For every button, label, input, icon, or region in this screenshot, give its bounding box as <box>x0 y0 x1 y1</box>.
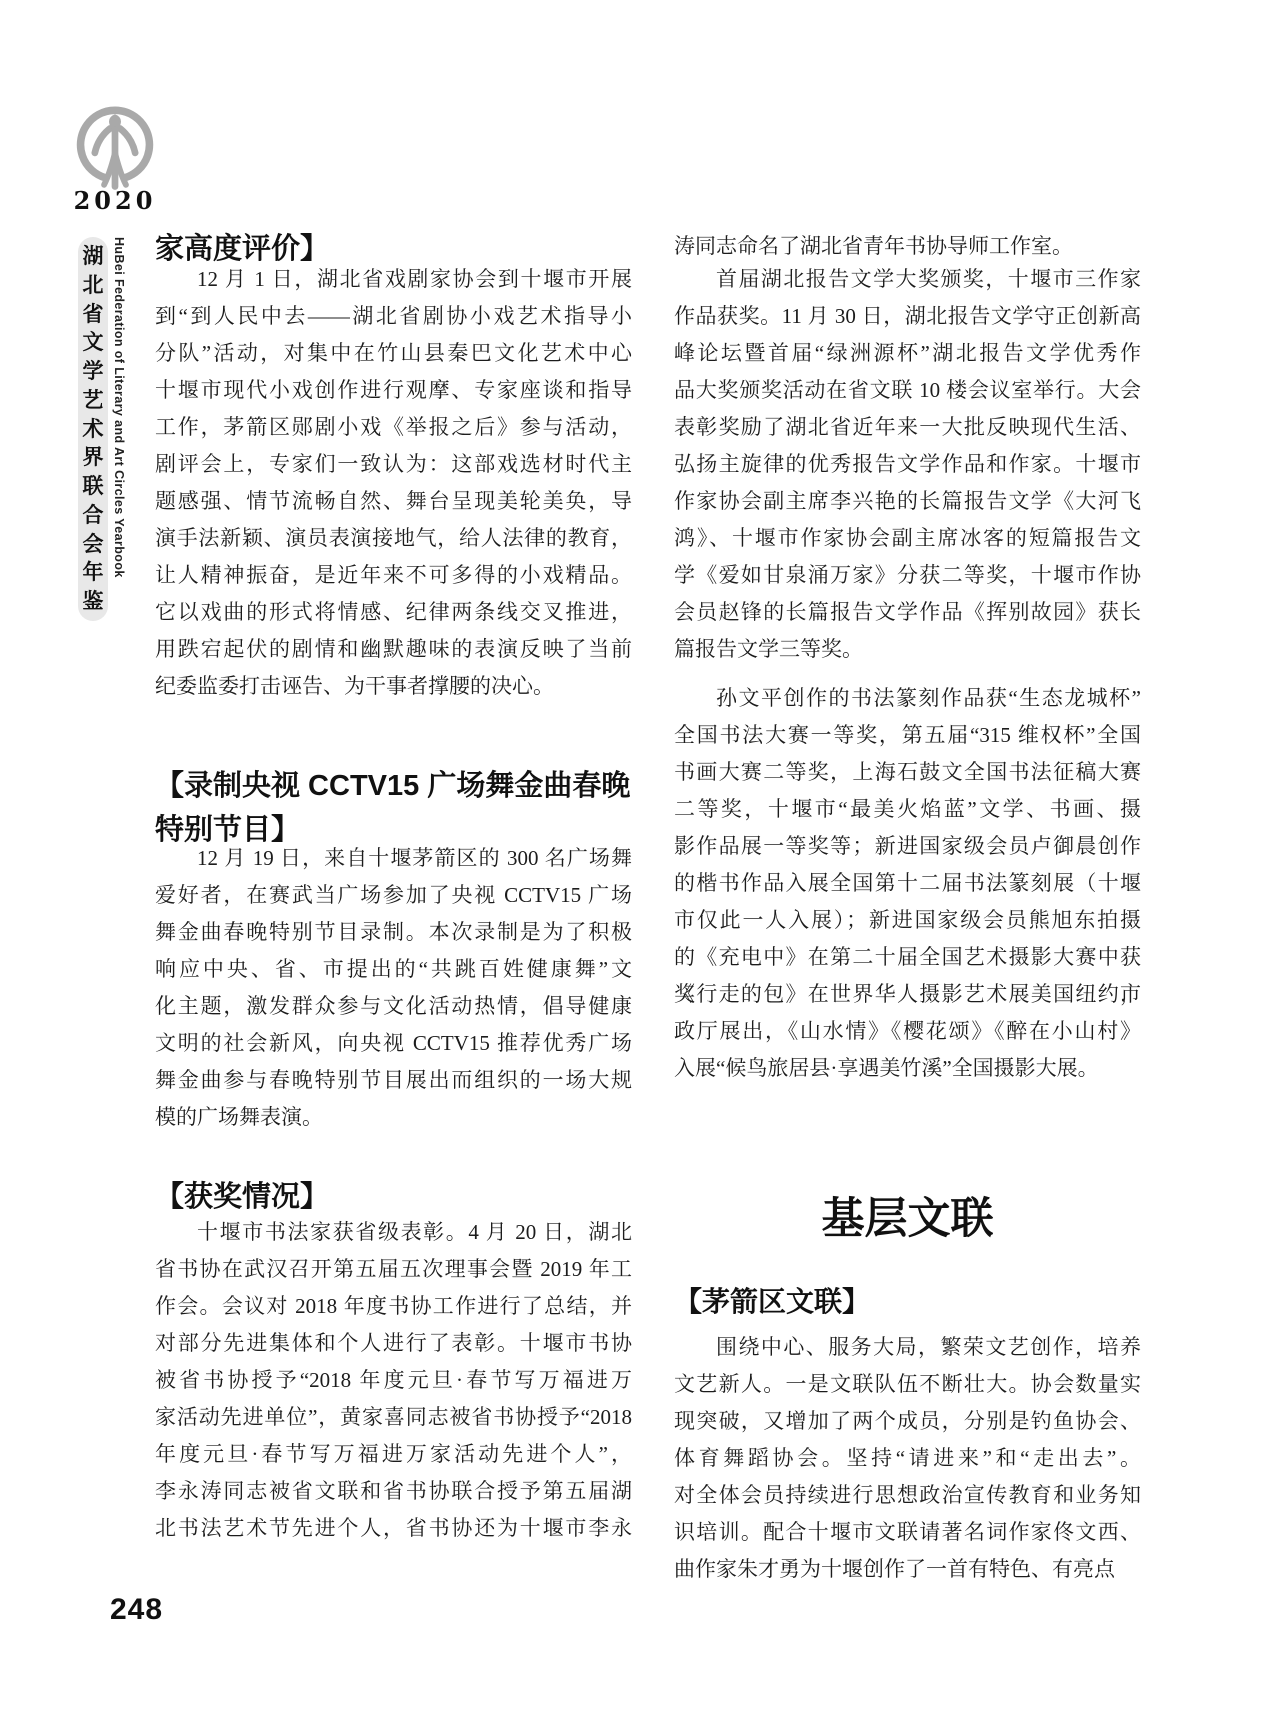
text-line: 会员赵锋的长篇报告文学作品《挥别故园》获长 <box>674 594 1141 631</box>
sidebar-char: 北 <box>83 275 104 296</box>
sidebar-char: 合 <box>83 505 104 526</box>
heading-awards: 【获奖情况】 <box>155 1174 632 1215</box>
sidebar-char: 联 <box>83 476 104 497</box>
text-line: 政厅展出，《山水情》《樱花颂》《醉在小山村》 <box>674 1013 1141 1050</box>
paragraph-reportage-awards: 首届湖北报告文学大奖颁奖，十堰市三作家作品获奖。11 月 30 日，湖北报告文学… <box>674 261 1141 668</box>
paragraph-calligraphy-awards-cont: 涛同志命名了湖北省青年书协导师工作室。 <box>674 228 1141 265</box>
text-line: 年度元旦·春节写万福进万家活动先进个人”， <box>155 1436 632 1473</box>
text-line: 围绕中心、服务大局，繁荣文艺创作，培养 <box>674 1329 1141 1366</box>
text-line: 让人精神振奋，是近年来不可多得的小戏精品。 <box>155 557 632 594</box>
text-line: 表彰奖励了湖北省近年来一大批反映现代生活、 <box>674 409 1141 446</box>
text-line: 首届湖北报告文学大奖颁奖，十堰市三作家 <box>674 261 1141 298</box>
sidebar-char: 艺 <box>83 390 104 411</box>
text-line: 涛同志命名了湖北省青年书协导师工作室。 <box>674 228 1141 265</box>
text-line: 12 月 1 日，湖北省戏剧家协会到十堰市开展 <box>155 261 632 298</box>
logo-year: 2020 <box>70 186 160 215</box>
text-line: 作家协会副主席李兴艳的长篇报告文学《大河飞 <box>674 483 1141 520</box>
text-line: 文艺新人。一是文联队伍不断壮大。协会数量实 <box>674 1366 1141 1403</box>
paragraph-seal-photo-awards: 孙文平创作的书法篆刻作品获“生态龙城杯”全国书法大赛一等奖，第五届“315 维权… <box>674 680 1141 1087</box>
text-line: 爱好者，在赛武当广场参加了央视 CCTV15 广场 <box>155 877 632 914</box>
text-line: 演手法新颖、演员表演接地气，给人法律的教育， <box>155 520 632 557</box>
text-line: 李永涛同志被省文联和省书协联合授予第五届湖 <box>155 1473 632 1510</box>
heading-maojian-district: 【茅箭区文联】 <box>674 1280 1141 1320</box>
text-line: 十堰市书法家获省级表彰。4 月 20 日，湖北 <box>155 1214 632 1251</box>
paragraph-square-dance: 12 月 19 日，来自十堰茅箭区的 300 名广场舞爱好者，在赛武当广场参加了… <box>155 840 632 1136</box>
text-line: 的楷书作品入展全国第十二届书法篆刻展（十堰 <box>674 865 1141 902</box>
text-line: 《行走的包》在世界华人摄影艺术展美国纽约市 <box>674 976 1141 1013</box>
text-line: 用跌宕起伏的剧情和幽默趣味的表演反映了当前 <box>155 631 632 668</box>
sidebar-char: 文 <box>83 332 104 353</box>
federation-logo-icon <box>73 104 157 190</box>
heading-cctv15-gala: 【录制央视 CCTV15 广场舞金曲春晚特别节目】 <box>155 764 632 852</box>
yearbook-page: 2020 湖北省文学艺术界联合会年鉴 HuBei Federation of L… <box>0 0 1276 1719</box>
text-line: 北书法艺术节先进个人，省书协还为十堰市李永 <box>155 1510 632 1547</box>
text-line: 响应中央、省、市提出的“共跳百姓健康舞”文 <box>155 951 632 988</box>
text-line: 工作，茅箭区郧剧小戏《举报之后》参与活动， <box>155 409 632 446</box>
sidebar-char: 会 <box>83 534 104 555</box>
text-line: 题感强、情节流畅自然、舞台呈现美轮美奂，导 <box>155 483 632 520</box>
text-line: 模的广场舞表演。 <box>155 1099 632 1136</box>
sidebar-char: 术 <box>83 419 104 440</box>
text-line: 对部分先进集体和个人进行了表彰。十堰市书协 <box>155 1325 632 1362</box>
text-line: 化主题，激发群众参与文化活动热情，倡导健康 <box>155 988 632 1025</box>
text-line: 被省书协授予“2018 年度元旦·春节写万福进万 <box>155 1362 632 1399</box>
text-line: 【录制央视 CCTV15 广场舞金曲春晚 <box>155 764 632 808</box>
text-line: 它以戏曲的形式将情感、纪律两条线交叉推进， <box>155 594 632 631</box>
text-line: 识培训。配合十堰市文联请著名词作家佟文西、 <box>674 1514 1141 1551</box>
text-line: 二等奖，十堰市“最美火焰蓝”文学、书画、摄 <box>674 791 1141 828</box>
text-line: 学《爱如甘泉涌万家》分获二等奖，十堰市作协 <box>674 557 1141 594</box>
text-line: 的《充电中》在第二十届全国艺术摄影大赛中获奖， <box>674 939 1141 976</box>
text-line: 体育舞蹈协会。坚持“请进来”和“走出去”。 <box>674 1440 1141 1477</box>
text-line: 纪委监委打击诬告、为干事者撑腰的决心。 <box>155 668 632 705</box>
text-line: 对全体会员持续进行思想政治宣传教育和业务知 <box>674 1477 1141 1514</box>
text-line: 现突破，又增加了两个成员，分别是钓鱼协会、 <box>674 1403 1141 1440</box>
text-line: 作品获奖。11 月 30 日，湖北报告文学守正创新高 <box>674 298 1141 335</box>
text-line: 市仅此一人入展）；新进国家级会员熊旭东拍摄 <box>674 902 1141 939</box>
page-number: 248 <box>110 1593 163 1627</box>
paragraph-maojian-report: 围绕中心、服务大局，繁荣文艺创作，培养文艺新人。一是文联队伍不断壮大。协会数量实… <box>674 1329 1141 1588</box>
text-line: 入展“候鸟旅居县·享遇美竹溪”全国摄影大展。 <box>674 1050 1141 1087</box>
text-line: 舞金曲参与春晚特别节目展出而组织的一场大规 <box>155 1062 632 1099</box>
text-line: 弘扬主旋律的优秀报告文学作品和作家。十堰市 <box>674 446 1141 483</box>
text-line: 分队”活动，对集中在竹山县秦巴文化艺术中心 <box>155 335 632 372</box>
text-line: 十堰市现代小戏创作进行观摩、专家座谈和指导 <box>155 372 632 409</box>
text-line: 家活动先进单位”，黄家喜同志被省书协授予“2018 <box>155 1399 632 1436</box>
section-title-grassroots-federation: 基层文联 <box>674 1185 1141 1246</box>
sidebar-char: 湖 <box>83 246 104 267</box>
text-line: 作会。会议对 2018 年度书协工作进行了总结，并 <box>155 1288 632 1325</box>
text-line: 篇报告文学三等奖。 <box>674 631 1141 668</box>
text-line: 影作品展一等奖等；新进国家级会员卢御晨创作 <box>674 828 1141 865</box>
text-line: 曲作家朱才勇为十堰创作了一首有特色、有亮点 <box>674 1551 1141 1588</box>
text-line: 省书协在武汉召开第五届五次理事会暨 2019 年工 <box>155 1251 632 1288</box>
text-line: 品大奖颁奖活动在省文联 10 楼会议室举行。大会 <box>674 372 1141 409</box>
sidebar-char: 界 <box>83 447 104 468</box>
text-line: 鸿》、十堰市作家协会副主席冰客的短篇报告文 <box>674 520 1141 557</box>
text-line: 剧评会上，专家们一致认为：这部戏选材时代主 <box>155 446 632 483</box>
text-line: 书画大赛二等奖，上海石鼓文全国书法征稿大赛 <box>674 754 1141 791</box>
text-line: 全国书法大赛一等奖，第五届“315 维权杯”全国 <box>674 717 1141 754</box>
paragraph-calligraphy-awards: 十堰市书法家获省级表彰。4 月 20 日，湖北省书协在武汉召开第五届五次理事会暨… <box>155 1214 632 1547</box>
sidebar-title-en: HuBei Federation of Literary and Art Cir… <box>109 237 126 629</box>
text-line: 12 月 19 日，来自十堰茅箭区的 300 名广场舞 <box>155 840 632 877</box>
text-line: 孙文平创作的书法篆刻作品获“生态龙城杯” <box>674 680 1141 717</box>
paragraph-drama-review: 12 月 1 日，湖北省戏剧家协会到十堰市开展到“到人民中去——湖北省剧协小戏艺… <box>155 261 632 705</box>
sidebar-char: 省 <box>83 304 104 325</box>
sidebar-char: 年 <box>83 562 104 583</box>
text-line: 文明的社会新风，向央视 CCTV15 推荐优秀广场 <box>155 1025 632 1062</box>
sidebar-char: 鉴 <box>83 591 104 612</box>
text-line: 峰论坛暨首届“绿洲源杯”湖北报告文学优秀作 <box>674 335 1141 372</box>
text-line: 到“到人民中去——湖北省剧协小戏艺术指导小 <box>155 298 632 335</box>
text-line: 舞金曲春晚特别节目录制。本次录制是为了积极 <box>155 914 632 951</box>
sidebar-title-cn: 湖北省文学艺术界联合会年鉴 <box>78 237 108 621</box>
sidebar-char: 学 <box>83 361 104 382</box>
